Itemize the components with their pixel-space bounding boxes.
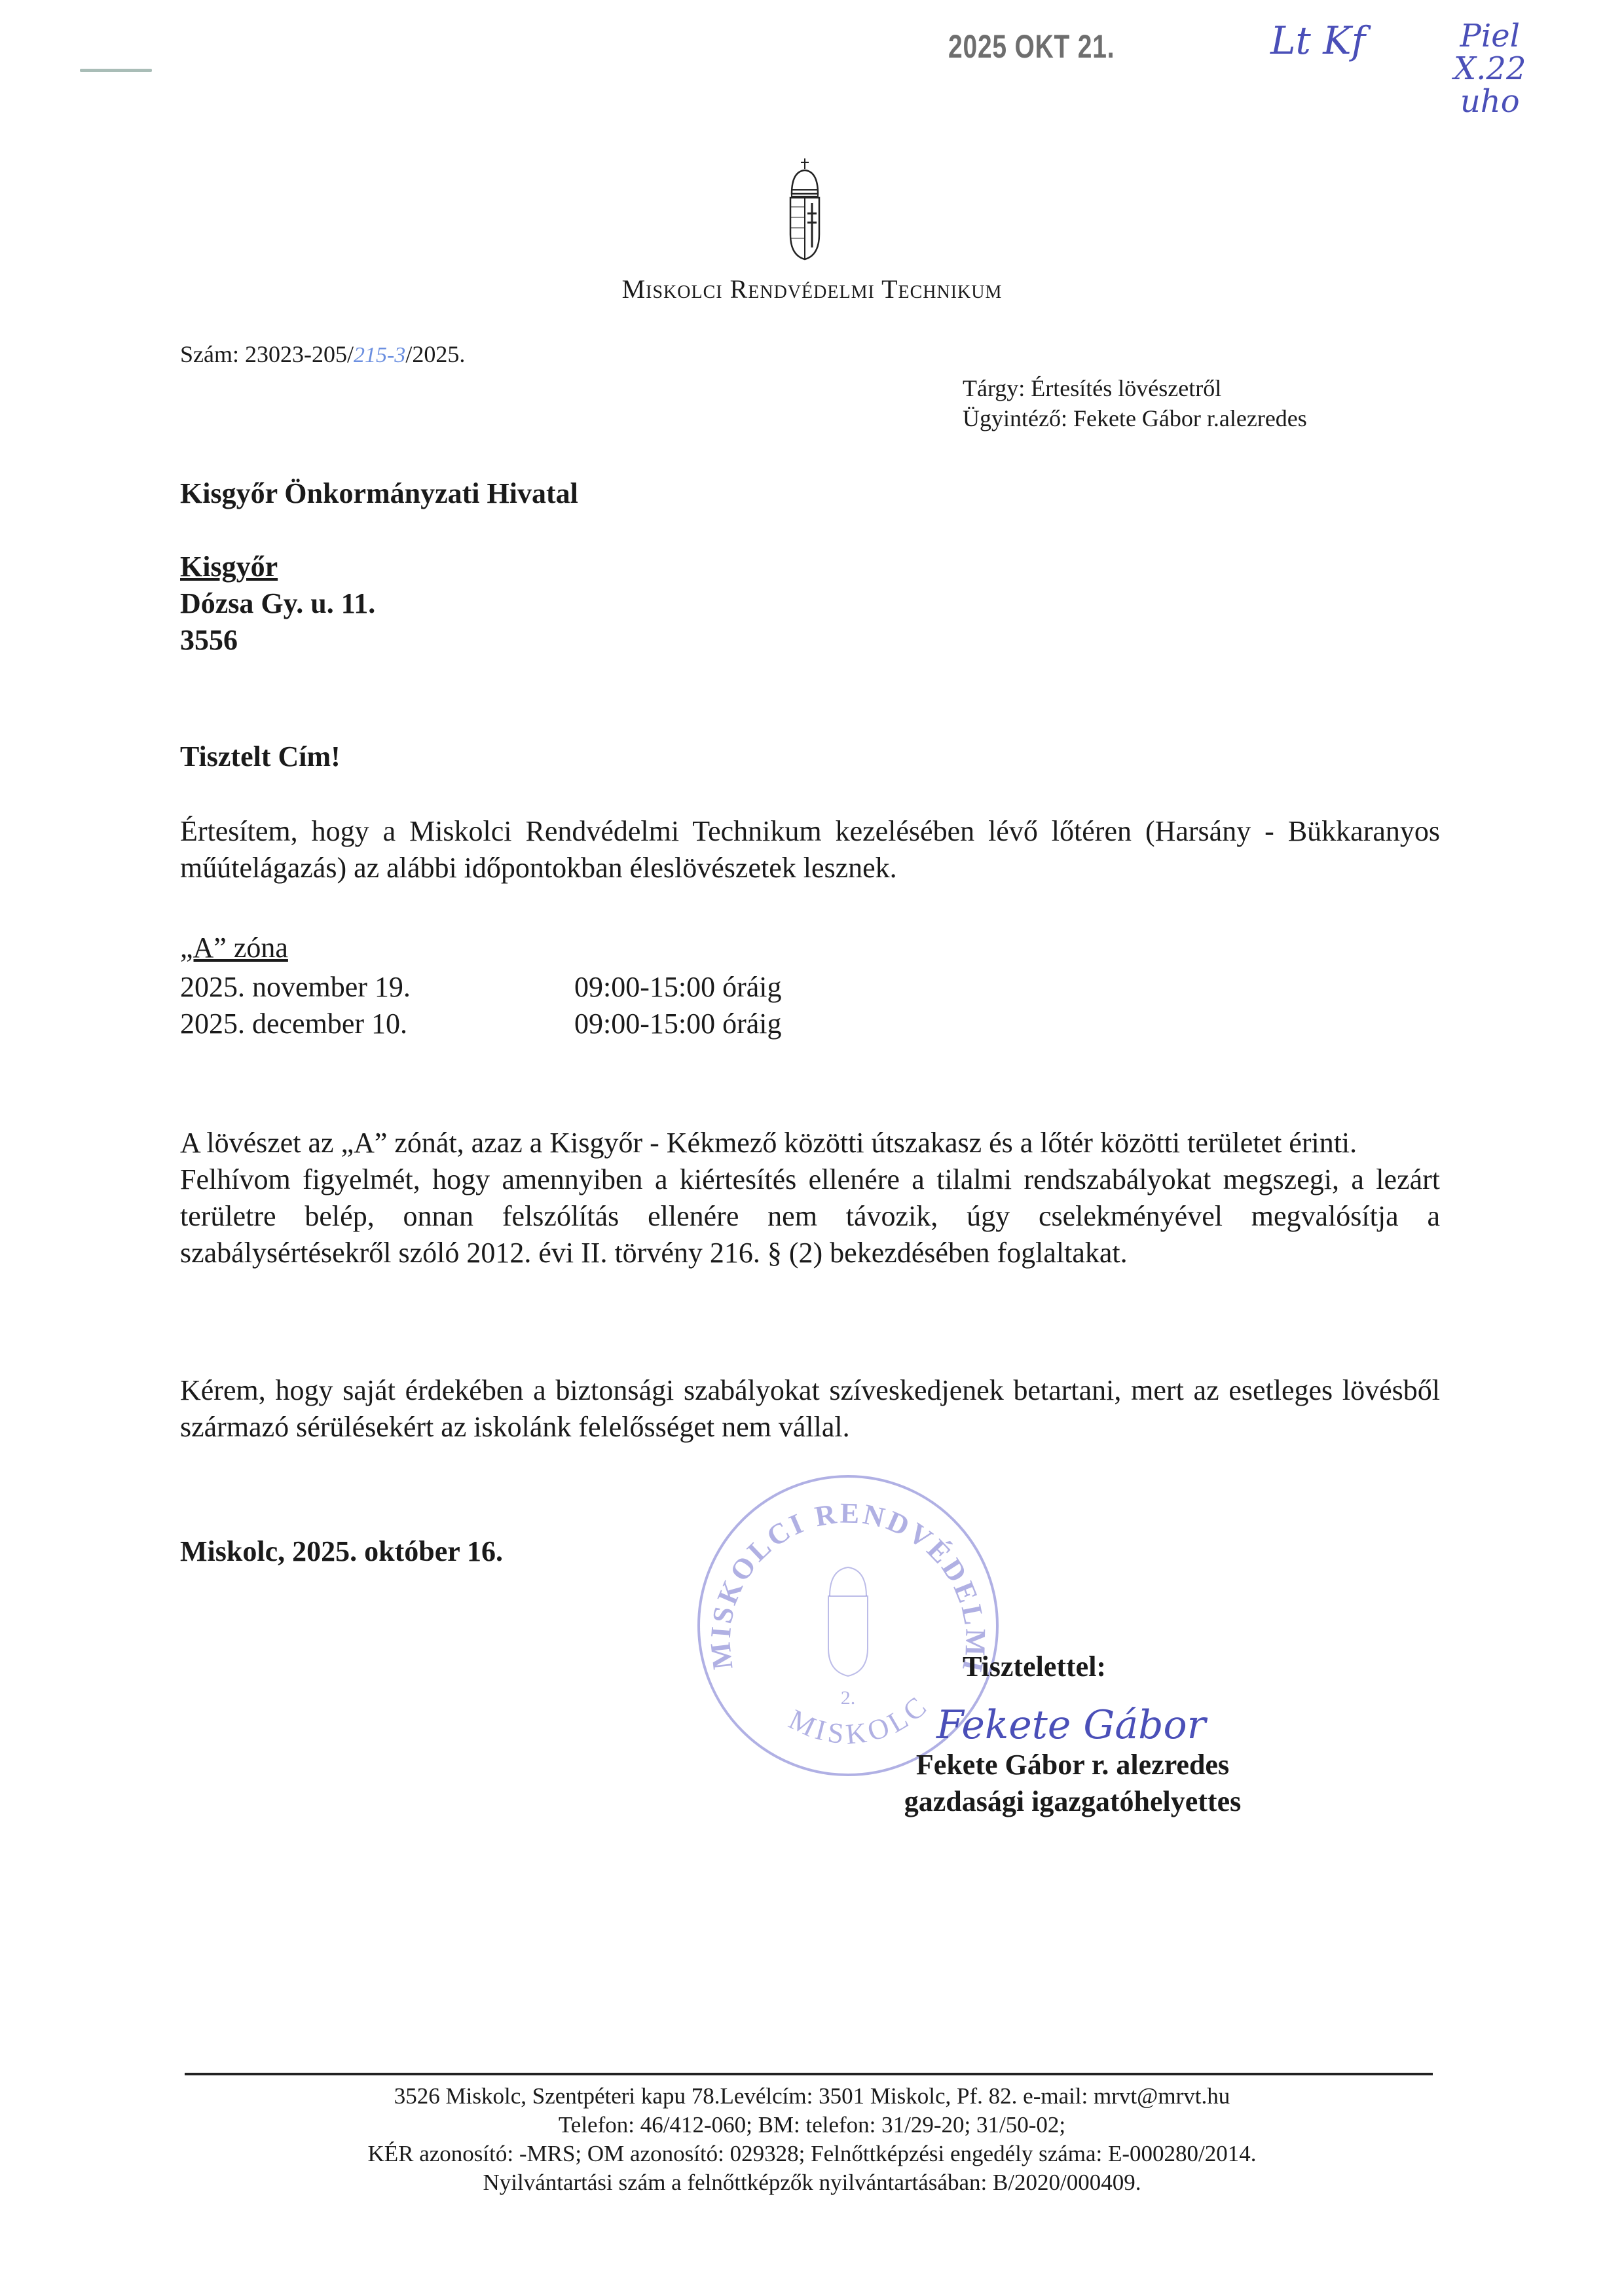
subject-block: Tárgy: Értesítés lövészetről Ügyintéző: … [963, 373, 1307, 433]
closing: Tisztelettel: [963, 1650, 1106, 1683]
schedule-row: 2025. december 10. 09:00-15:00 óráig [180, 1006, 782, 1042]
zone-title: „A” zóna [180, 931, 288, 964]
handwritten-initials: Lt Kf [1270, 18, 1365, 63]
footer-divider [185, 2073, 1433, 2075]
recipient-postcode: 3556 [180, 622, 578, 659]
schedule-list: 2025. november 19. 09:00-15:00 óráig 202… [180, 969, 782, 1042]
reference-number: Szám: 23023-205/215-3/2025. [180, 340, 465, 368]
footer-registry: Nyilvántartási szám a felnőttképzők nyil… [0, 2168, 1624, 2197]
request-paragraph: Kérem, hogy saját érdekében a biztonsági… [180, 1372, 1440, 1446]
handwritten-reference: 215-3 [354, 343, 405, 367]
coat-of-arms-icon [788, 156, 821, 262]
recipient-address: Kisgyőr Önkormányzati Hivatal Kisgyőr Dó… [180, 475, 578, 659]
recipient-street: Dózsa Gy. u. 11. [180, 585, 578, 622]
signer-block: Fekete Gábor r. alezredes gazdasági igaz… [876, 1747, 1269, 1820]
warning-paragraph: Felhívom figyelmét, hogy amennyiben a ki… [180, 1161, 1440, 1271]
signer-name: Fekete Gábor r. alezredes [876, 1747, 1269, 1783]
footer-phone: Telefon: 46/412-060; BM: telefon: 31/29-… [0, 2111, 1624, 2140]
handwritten-note: Piel X.22 uho [1454, 20, 1526, 118]
affected-area-paragraph: A lövészet az „A” zónát, azaz a Kisgyőr … [180, 1125, 1440, 1271]
svg-text:MISKOLCI RENDVÉDELMI TECHNIKUM: MISKOLCI RENDVÉDELMI TECHNIKUM [694, 1472, 991, 1677]
salutation: Tisztelt Cím! [180, 740, 341, 773]
footer: 3526 Miskolc, Szentpéteri kapu 78.Levélc… [0, 2082, 1624, 2197]
svg-text:MISKOLC: MISKOLC [784, 1688, 935, 1751]
place-and-date: Miskolc, 2025. október 16. [180, 1535, 503, 1568]
handwritten-signature: Fekete Gábor [936, 1702, 1206, 1748]
signer-title: gazdasági igazgatóhelyettes [876, 1783, 1269, 1820]
footer-identifiers: KÉR azonosító: -MRS; OM azonosító: 02932… [0, 2140, 1624, 2168]
recipient-city: Kisgyőr [180, 549, 578, 585]
case-officer-line: Ügyintéző: Fekete Gábor r.alezredes [963, 403, 1307, 433]
recipient-office: Kisgyőr Önkormányzati Hivatal [180, 475, 578, 512]
received-date-stamp: 2025 OKT 21. [948, 27, 1115, 65]
scan-mark [80, 69, 152, 72]
svg-text:2.: 2. [841, 1687, 856, 1709]
schedule-row: 2025. november 19. 09:00-15:00 óráig [180, 969, 782, 1006]
organization-name: Miskolci Rendvédelmi Technikum [0, 274, 1624, 304]
footer-address: 3526 Miskolc, Szentpéteri kapu 78.Levélc… [0, 2082, 1624, 2111]
intro-paragraph: Értesítem, hogy a Miskolci Rendvédelmi T… [180, 813, 1440, 886]
subject-line: Tárgy: Értesítés lövészetről [963, 373, 1307, 403]
